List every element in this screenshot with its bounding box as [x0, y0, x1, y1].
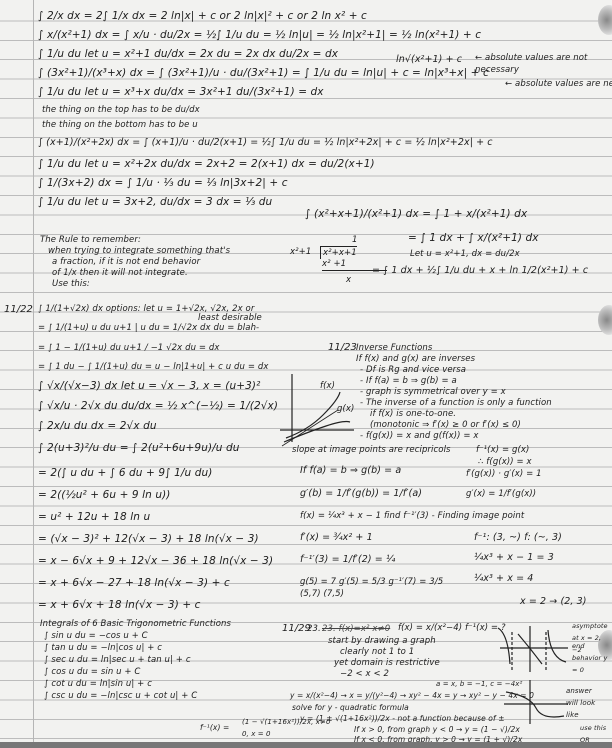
equation-line: g(5) = 7 g′(5) = 5/3 g⁻¹′(7) = 3/5 — [300, 576, 443, 588]
equation-line: ∫ (3x²+1)/(x³+x) dx = ∫ (3x²+1)/u · du/(… — [38, 67, 489, 79]
equation-line: g′(x) = 1/f′(g(x)) — [466, 488, 536, 500]
equation-line: = 2((½u² + 6u + 9 ln u)) — [38, 489, 171, 501]
trig-title: Integrals of 6 Basic Trigonometric Funct… — [40, 618, 231, 630]
equation-line: ¼x³ + x − 1 = 3 — [474, 552, 554, 564]
trig-line: ∫ sec u du = ln|sec u + tan u| + c — [44, 654, 191, 666]
notebook-page: ∫ 2/x dx = 2∫ 1/x dx = 2 ln|x| + c or 2 … — [0, 0, 612, 748]
equation-line: ∫ 2/x dx = 2∫ 1/x dx = 2 ln|x| + c or 2 … — [38, 10, 367, 22]
equation-line: ∫ 2x/u du dx = 2√x du — [38, 420, 157, 432]
equation-line: = x + 6√x + 18 ln(√x − 3) + c — [38, 599, 201, 611]
rational-function-graph-sketch — [490, 618, 570, 730]
equation-line: f′(g(x)) · g′(x) = 1 — [466, 468, 542, 480]
equation-line: = ∫ 1 dx + ½∫ 1/u du + x + ln 1/2(x²+1) … — [372, 265, 588, 277]
crossed-out-text: 23. f(x)=x² x≠0 — [322, 623, 390, 635]
equation-line: If f(a) = b ⇒ g(b) = a — [300, 465, 401, 477]
equation-line: ∫ 1/(3x+2) dx = ∫ 1/u · ⅓ du = ⅓ ln|3x+2… — [38, 177, 288, 189]
equation-line: x = 2 → (2, 3) — [520, 596, 587, 608]
binder-hole — [598, 5, 612, 35]
trig-line: ∫ sin u du = −cos u + C — [44, 630, 148, 642]
division-divisor: x²+1 — [290, 246, 311, 258]
equation-line: (5,7) (7,5) — [300, 588, 344, 600]
equation-line: slope at image points are recipricols — [292, 444, 451, 456]
equation-line: ∫ 2(u+3)²/u du = ∫ 2(u²+6u+9u)/u du — [38, 442, 240, 454]
trig-line: ∫ cos u du = sin u + C — [44, 666, 140, 678]
equation-line: ∫ (x²+x+1)/(x²+1) dx = ∫ 1 + x/(x²+1) dx — [305, 208, 527, 220]
trig-line: ∫ cot u du = ln|sin u| + c — [44, 678, 152, 690]
piecewise-label: f⁻¹(x) = — [200, 722, 229, 734]
equation-line: = ∫ 1 dx + ∫ x/(x²+1) dx — [408, 232, 539, 244]
problem-number: 23. — [307, 623, 321, 635]
trig-line: ∫ csc u du = −ln|csc u + cot u| + C — [44, 690, 197, 702]
binder-hole — [598, 305, 612, 335]
date-label: 11/22 — [4, 304, 33, 315]
division-quotient: 1 — [352, 234, 358, 246]
equation-line: = 2(∫ u du + ∫ 6 du + 9∫ 1/u du) — [38, 467, 212, 479]
equation-line: ∫ √x/u · 2√x du du/dx = ½ x^(−½) = 1/(2√… — [38, 400, 278, 412]
division-subtract: x² +1 — [322, 258, 387, 271]
note-line: the thing on the top has to be du/dx — [42, 104, 200, 116]
piecewise-case: (1 − √(1+16x²))/2x, x≠0 — [242, 716, 331, 728]
equation-line: = x − 6√x + 9 + 12√x − 36 + 18 ln(√x − 3… — [38, 555, 273, 567]
side-note: end behavior y = 0 — [572, 640, 612, 676]
equation-line: = ∫ 1 − 1/(1+u) du u+1 / −1 √2x du = dx — [38, 342, 220, 354]
equation-line: f(x) = ¼x³ + x − 1 find f⁻¹′(3) - Findin… — [300, 510, 524, 522]
equation-line: ∫ 1/u du let u = x²+2x du/dx = 2x+2 = 2(… — [38, 158, 375, 170]
equation-line: ∫ 1/u du let u = 3x+2, du/dx = 3 dx = ⅓ … — [38, 196, 272, 208]
date-label: 11/23 — [328, 342, 357, 353]
equation-line: = x + 6√x − 27 + 18 ln(√x − 3) + c — [38, 577, 230, 589]
equation-line: ∫ √x/(√x−3) dx let u = √x − 3, x = (u+3)… — [38, 380, 260, 392]
equation-line: f⁻¹′(3) = 1/f′(2) = ¼ — [300, 554, 395, 566]
piecewise-case: 0, x = 0 — [242, 728, 271, 740]
equation-line: = ∫ 1/(1+u) u du u+1 | u du = 1/√2x dx d… — [38, 322, 259, 334]
graph-label: g(x) — [337, 403, 354, 415]
side-note: ← absolute values are not necessary — [475, 52, 610, 76]
equation-line: ∴ f(g(x)) = x — [478, 456, 532, 468]
side-note: ← absolute values are necessary — [505, 78, 612, 90]
equation-line: ¼x³ + x = 4 — [474, 573, 533, 585]
equation-line: = (√x − 3)² + 12(√x − 3) + 18 ln(√x − 3) — [38, 533, 259, 545]
equation-line: = u² + 12u + 18 ln u — [38, 511, 150, 523]
note-line: the thing on the bottom has to be u — [42, 119, 198, 131]
equation-line: f⁻¹: (3, ~) f: (~, 3) — [474, 532, 562, 544]
side-note: answer will look like — [566, 685, 606, 721]
equation-line: ∫ 1/u du let u = x²+1 du/dx = 2x du = 2x… — [38, 48, 338, 60]
equation-line: ∫ 1/u du let u = x³+x du/dx = 3x²+1 du/(… — [38, 86, 324, 98]
rule-line: Use this: — [52, 278, 90, 290]
equation-line: f′(x) = ¾x² + 1 — [300, 532, 373, 544]
graph-label: f(x) — [320, 380, 335, 392]
side-note: ln√(x²+1) + c — [396, 54, 462, 66]
equation-line: g′(b) = 1/f′(g(b)) = 1/f′(a) — [300, 488, 422, 500]
equation-line: = ∫ 1 du − ∫ 1/(1+u) du = u − ln|1+u| + … — [38, 361, 268, 373]
trig-line: ∫ tan u du = −ln|cos u| + c — [44, 642, 162, 654]
equation-line: Let u = x²+1, dx = du/2x — [410, 248, 520, 260]
equation-line: f⁻¹(x) = g(x) — [476, 444, 529, 456]
equation-line: ∫ (x+1)/(x²+2x) dx = ∫ (x+1)/u · du/2(x+… — [38, 137, 493, 149]
division-remainder: x — [346, 274, 351, 286]
equation-line: ∫ x/(x²+1) dx = ∫ x/u · du/2x = ½∫ 1/u d… — [38, 29, 481, 41]
margin-line — [33, 0, 34, 748]
page-edge — [0, 742, 612, 748]
note-line: - f(g(x)) = x and g(f(x)) = x — [360, 430, 479, 442]
note-line: −2 < x < 2 — [340, 668, 389, 680]
